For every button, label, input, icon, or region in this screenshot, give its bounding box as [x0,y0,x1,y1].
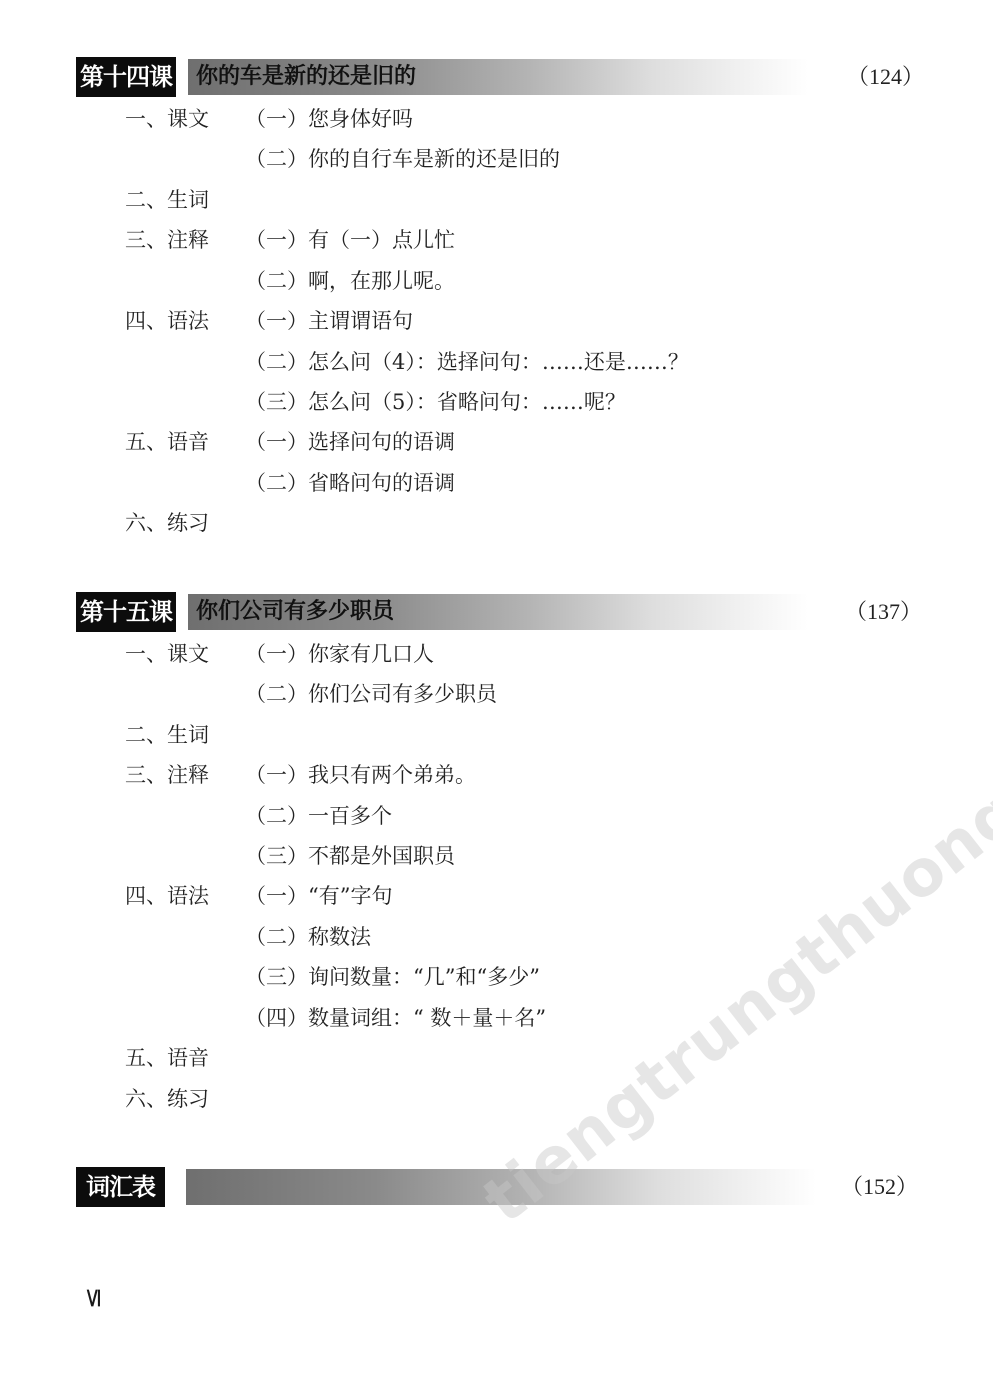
watermark: tiengtrungthuonghai.vn [470,633,993,1238]
section-label: 二、生词 [125,180,209,220]
sub-item: （二）你们公司有多少职员 [245,674,497,714]
sub-item: （二）一百多个 [245,796,392,836]
lesson-title: 你的车是新的还是旧的 [196,59,416,95]
sub-item: （二）称数法 [245,917,371,957]
sub-item: （三）不都是外国职员 [245,836,455,876]
sub-item: （一）选择问句的语调 [245,422,455,462]
sub-item: （四）数量词组：“ 数＋量＋名” [245,998,546,1038]
lesson-14-header[interactable]: 第十四课 你的车是新的还是旧的 （124） [76,57,926,97]
section-label: 五、语音 [125,1038,209,1078]
section-label: 二、生词 [125,715,209,755]
sub-item: （三）怎么问（5）：省略问句：……呢？ [245,382,626,422]
page-reference: （137） [845,592,922,632]
glossary-label: 词汇表 [76,1167,165,1207]
sub-item: （一）我只有两个弟弟。 [245,755,476,795]
sub-item: （一）“有”字句 [245,876,392,916]
section-label: 三、注释 [125,755,209,795]
sub-item: （一）你家有几口人 [245,634,434,674]
sub-item: （一）有（一）点儿忙 [245,220,455,260]
sub-item: （一）您身体好吗 [245,99,413,139]
lesson-15-header[interactable]: 第十五课 你们公司有多少职员 （137） [76,592,926,632]
sub-item: （二）啊，在那儿呢。 [245,261,455,301]
lesson-number-label: 第十四课 [76,57,176,97]
section-label: 四、语法 [125,301,209,341]
section-label: 一、课文 [125,634,209,674]
glossary-header[interactable]: 词汇表 （152） [76,1167,926,1207]
sub-item: （二）你的自行车是新的还是旧的 [245,139,560,179]
section-label: 六、练习 [125,1079,209,1119]
section-label: 六、练习 [125,503,209,543]
lesson-title-band: 你的车是新的还是旧的 [188,59,808,95]
lesson-title-band: 你们公司有多少职员 [188,594,808,630]
page-reference: （124） [847,57,924,97]
section-label: 一、课文 [125,99,209,139]
page-reference: （152） [841,1167,918,1207]
section-label: 三、注释 [125,220,209,260]
lesson-title: 你们公司有多少职员 [196,594,394,630]
sub-item: （二）省略问句的语调 [245,463,455,503]
page-number: Ⅵ [87,1286,101,1312]
sub-item: （二）怎么问（4）：选择问句：……还是……？ [245,342,689,382]
section-label: 五、语音 [125,422,209,462]
glossary-band [186,1169,816,1205]
section-label: 四、语法 [125,876,209,916]
sub-item: （一）主谓谓语句 [245,301,413,341]
lesson-number-label: 第十五课 [76,592,176,632]
sub-item: （三）询问数量：“几”和“多少” [245,957,540,997]
